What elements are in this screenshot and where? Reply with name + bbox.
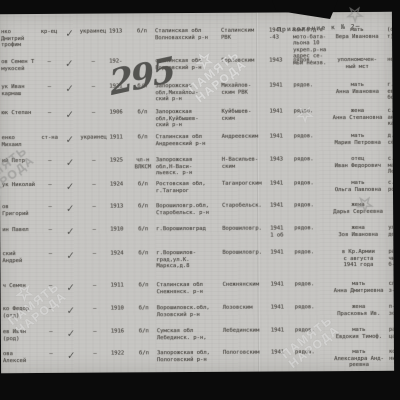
cell-birth: сталинская обл Горловский р-н xyxy=(155,58,219,71)
cell-year: 1916 xyxy=(111,328,131,341)
cell-enlist: Таганрогским xyxy=(222,181,268,194)
cell-party: б/п xyxy=(131,83,153,103)
cell-year: 1910 xyxy=(110,226,130,239)
cell-rank: рядов. xyxy=(294,180,328,193)
cell-year2: 1941 xyxy=(270,202,292,215)
checkmark-icon: ✓ xyxy=(61,83,77,104)
cell-svc: — xyxy=(40,158,60,178)
cell-birth: Ворошиловск.обл, Лозовский р-н xyxy=(157,305,221,318)
cell-name: ский Андрей xyxy=(2,251,38,271)
cell-year2: 1941 xyxy=(271,304,293,317)
checkmark-icon: ✓ xyxy=(61,109,77,130)
cell-rank: рядов. xyxy=(295,304,329,317)
cell-nat: — xyxy=(79,59,107,72)
cell-birth: Ворошиловгр.обл, Старобельск. р-н xyxy=(156,203,220,216)
cell-addr: с.Ново- андреев- ка,кол-з xyxy=(387,107,394,127)
cell-family: уполномочен- ный мст xyxy=(329,57,385,70)
cell-name: ов Григорий xyxy=(2,204,38,217)
cell-rank: рядов. xyxy=(295,327,329,340)
cell-year2: 1943 xyxy=(269,57,291,70)
cell-party: б/п xyxy=(132,250,154,270)
cell-nat: — xyxy=(79,84,107,104)
cell-name: ин Павел xyxy=(2,227,38,240)
cell-nat: — xyxy=(80,158,108,178)
cell-enlist: Лебединским xyxy=(223,328,269,341)
cell-year2: 1941 xyxy=(269,82,291,102)
cell-addr: нет xyxy=(387,56,394,69)
cell-name: енко Михаил xyxy=(2,135,38,148)
cell-name: ий Петр xyxy=(2,158,38,178)
cell-rank: рядов. xyxy=(294,202,328,215)
table-row: ев Иван (род)—✓—1916б/пСумская обл Лебед… xyxy=(3,326,394,342)
table-row: ов Григорий—✓—1913б/пВорошиловгр.обл, Ст… xyxy=(2,201,394,217)
cell-svc: — xyxy=(39,110,59,130)
cell-rank: рядов. xyxy=(294,156,328,176)
table-row: ко Федор (отд)—✓—1910б/пВорошиловск.обл,… xyxy=(3,303,394,319)
cell-party: б/п xyxy=(131,109,153,129)
table-row: ова Алексей—✓—1922б/пЗапорожская обл, По… xyxy=(3,348,394,370)
cell-birth: Ростовская обл, г.Таганрог xyxy=(156,181,220,194)
cell-year2: 1941 xyxy=(271,349,293,369)
cell-rank: рядов. xyxy=(293,57,327,70)
cell-family: мать Мария Петровна xyxy=(330,133,386,146)
cell-nat: — xyxy=(80,251,108,271)
cell-svc: — xyxy=(41,351,61,371)
cell-name: юк Степан xyxy=(1,110,37,130)
cell-family: жена Зоя Ивановна xyxy=(330,225,386,238)
cell-party: б/п xyxy=(133,282,155,295)
cell-nat: — xyxy=(80,182,108,195)
cell-birth: г.Ворошиловград xyxy=(156,226,220,239)
cell-year: 1911 xyxy=(111,282,131,295)
cell-year: 1913 xyxy=(110,203,130,216)
table-row: ук Николай—✓—1924б/пРостовская обл, г.Та… xyxy=(2,179,394,195)
cell-name: ко Федор (отд) xyxy=(3,306,39,319)
cell-addr: д.Ново- сёловка xyxy=(388,132,394,145)
cell-family: мать Анна Ивановна xyxy=(329,82,385,102)
cell-enlist: Снежнянским xyxy=(223,282,269,295)
cell-svc: — xyxy=(41,329,61,342)
cell-year2: 1941 xyxy=(270,133,292,146)
checkmark-icon: ✓ xyxy=(63,305,79,320)
cell-enlist: Ворошиловгр. xyxy=(222,250,268,270)
cell-enlist: Ворошиловгр. xyxy=(222,226,268,239)
table-row: юк Степан—✓—1906б/пЗапорожская обл,Куйбы… xyxy=(1,107,394,129)
cell-addr: слесарь з-да №1 xyxy=(389,280,395,293)
cell-family: жена Анна Степановна xyxy=(329,108,385,128)
checkmark-icon: ✓ xyxy=(62,282,78,297)
cell-nat: — xyxy=(81,306,109,319)
checkmark-icon: ✓ xyxy=(63,328,79,343)
cell-party: б/п xyxy=(132,226,154,239)
cell-svc: — xyxy=(40,204,60,217)
cell-birth: Запорожская обл,Н-Васи- льевск. р-н xyxy=(156,157,220,177)
checkmark-icon: ✓ xyxy=(62,157,78,178)
cell-year2: 1941 xyxy=(270,249,292,269)
cell-nat: — xyxy=(81,283,109,296)
checkmark-icon: ✓ xyxy=(63,350,79,371)
cell-birth: Запорожская обл, Пологовский р-н xyxy=(157,350,221,370)
cell-addr: с.Мака- ровка xyxy=(388,179,394,192)
cell-year2: 1941 xyxy=(271,327,293,340)
cell-nat: украинец xyxy=(80,135,108,148)
cell-enlist: Лозовским xyxy=(223,305,269,318)
cell-enlist: Андреевским xyxy=(222,134,268,147)
cell-enlist: Н-Васильев- ским xyxy=(222,157,268,177)
cell-birth: Запорожская обл,Куйбышев- ский р-н xyxy=(155,109,219,129)
cell-year2: 1941 1 об xyxy=(270,225,292,238)
cell-year: 1924 xyxy=(110,181,130,194)
cell-family: мать Евдокия Тимоф. xyxy=(331,327,387,340)
cell-name: ев Иван (род) xyxy=(3,329,39,342)
document-page: Приложение к № 2— 295 нко Дмитрий трофим… xyxy=(0,12,394,373)
cell-party: б/п xyxy=(132,134,154,147)
cell-addr: с.Б-Ток- мак,ул. Ленина,3 xyxy=(388,155,394,175)
cell-enlist: Куйбышев- ским xyxy=(221,109,267,129)
cell-addr: улица донецкая xyxy=(388,224,394,237)
checkmark-icon: ✓ xyxy=(62,226,78,241)
cell-name: ук Иван кармаш xyxy=(1,84,37,104)
cell-rank: рядов. xyxy=(293,108,327,128)
cell-nat: — xyxy=(81,329,109,342)
cell-party xyxy=(131,58,153,71)
checkmark-icon: ✓ xyxy=(62,203,78,218)
cell-birth: г.Ворошилов- град,ул.К. Маркса,д.8 xyxy=(156,250,220,270)
cell-svc: — xyxy=(40,251,60,271)
cell-nat: — xyxy=(81,351,109,371)
checkmark-icon: ✓ xyxy=(61,58,77,73)
cell-svc: — xyxy=(40,182,60,195)
cell-family: отец Иван Федорович xyxy=(330,156,386,176)
table-row: ский Андрей—✓—1924б/пг.Ворошилов- град,у… xyxy=(2,248,394,270)
cell-year: 192- xyxy=(109,58,129,71)
checkmark-icon: ✓ xyxy=(62,250,78,271)
cell-birth: Сталинская обл Снежнянск. р-н xyxy=(157,282,221,295)
table-body: нко Дмитрий трофимкр-ец✓украинец1913б/пС… xyxy=(0,12,392,14)
cell-svc: — xyxy=(39,59,59,72)
cell-svc: — xyxy=(40,227,60,240)
cell-rank: рядов. xyxy=(294,249,328,269)
cell-name: ч Семен xyxy=(3,283,39,296)
cell-birth: Сумская обл Лебединск. р-н, xyxy=(157,328,221,341)
cell-party: чл-н ВЛКСМ xyxy=(132,157,154,177)
scanned-document: Приложение к № 2— 295 нко Дмитрий трофим… xyxy=(0,0,400,400)
cell-rank: рядов. xyxy=(294,225,328,238)
cell-name: ов Семен Т мукосей xyxy=(1,59,37,72)
cell-party: б/п xyxy=(132,181,154,194)
cell-enlist: Старобельск. xyxy=(222,203,268,216)
cell-year: 1911 xyxy=(110,134,130,147)
cell-svc: — xyxy=(41,306,61,319)
table-row: ий Петр—✓—1925чл-н ВЛКСМЗапорожская обл,… xyxy=(2,155,394,177)
cell-enlist: Пологовским xyxy=(223,350,269,370)
cell-addr xyxy=(388,201,394,214)
cell-family: жена Прасковья Ив. xyxy=(331,304,387,317)
cell-svc: ст-на xyxy=(40,135,60,148)
cell-addr: работни- ца з-да xyxy=(389,326,394,339)
cell-rank: рядов. xyxy=(295,281,329,294)
table-row: ч Семен—✓—1911б/пСталинская обл Снежнянс… xyxy=(3,280,395,296)
table-row: енко Михаилст-на✓украинец1911б/пСталинск… xyxy=(2,132,394,148)
cell-addr: г.Алч- евск,обл больница xyxy=(387,81,394,101)
cell-year2: 1941 xyxy=(270,180,292,193)
cell-family: мать Александра Анд- реевна xyxy=(331,349,387,369)
cell-year2: 1943 xyxy=(270,156,292,176)
table-row: ук Иван кармаш—✓—1921б/пЗапорожская обл,… xyxy=(1,81,394,103)
cell-nat: — xyxy=(79,110,107,130)
cell-year: 1922 xyxy=(111,350,131,370)
cell-year2: 1941 xyxy=(269,108,291,128)
cell-family: в Кр.Армии с августа 1941 года xyxy=(330,249,386,269)
cell-birth: Запорожская обл,Михайлов- ский р-н xyxy=(155,83,219,103)
cell-family: мать Ольга Павловна xyxy=(330,180,386,193)
cell-rank: рядов. xyxy=(293,82,327,102)
cell-enlist: Горловским xyxy=(221,58,267,71)
cell-addr: развед- чик 1 ор б-на xyxy=(388,248,394,268)
table-row: ов Семен Т мукосей—✓—192-сталинская обл … xyxy=(1,56,394,72)
cell-year: 1910 xyxy=(111,305,131,318)
checkmark-icon: ✓ xyxy=(62,134,78,149)
cell-name: ова Алексей xyxy=(3,351,39,371)
cell-year: 1906 xyxy=(109,109,129,129)
cell-party: б/п xyxy=(133,328,155,341)
cell-addr: п-о Ло- зовая xyxy=(389,303,394,316)
cell-rank: рядов. xyxy=(295,349,329,369)
cell-svc: — xyxy=(39,84,59,104)
cell-svc: — xyxy=(41,283,61,296)
cell-family: жена Дарья Сергеевна xyxy=(330,202,386,215)
cell-year: 1921 xyxy=(109,83,129,103)
cell-nat: — xyxy=(80,204,108,217)
cell-party: б/п xyxy=(132,203,154,216)
cell-year2: 1941 xyxy=(271,281,293,294)
cell-year: 1925 xyxy=(110,157,130,177)
cell-year: 1924 xyxy=(110,250,130,270)
cell-name: ук Николай xyxy=(2,182,38,195)
cell-rank: рядов. xyxy=(294,133,328,146)
checkmark-icon: ✓ xyxy=(62,181,78,196)
cell-nat: — xyxy=(80,227,108,240)
cell-birth: Сталинская обл Андреевский р-н xyxy=(156,134,220,147)
table-row: ин Павел—✓—1910б/пг.ВорошиловградВорошил… xyxy=(2,224,394,240)
cell-enlist: Михайлов- ским РВК xyxy=(221,83,267,103)
cell-addr: колхоз- ница к-за xyxy=(389,348,394,368)
cell-party: б/п xyxy=(133,305,155,318)
cell-party: б/п xyxy=(133,350,155,370)
cell-family: мать Анна Дмитриевна xyxy=(331,281,387,294)
